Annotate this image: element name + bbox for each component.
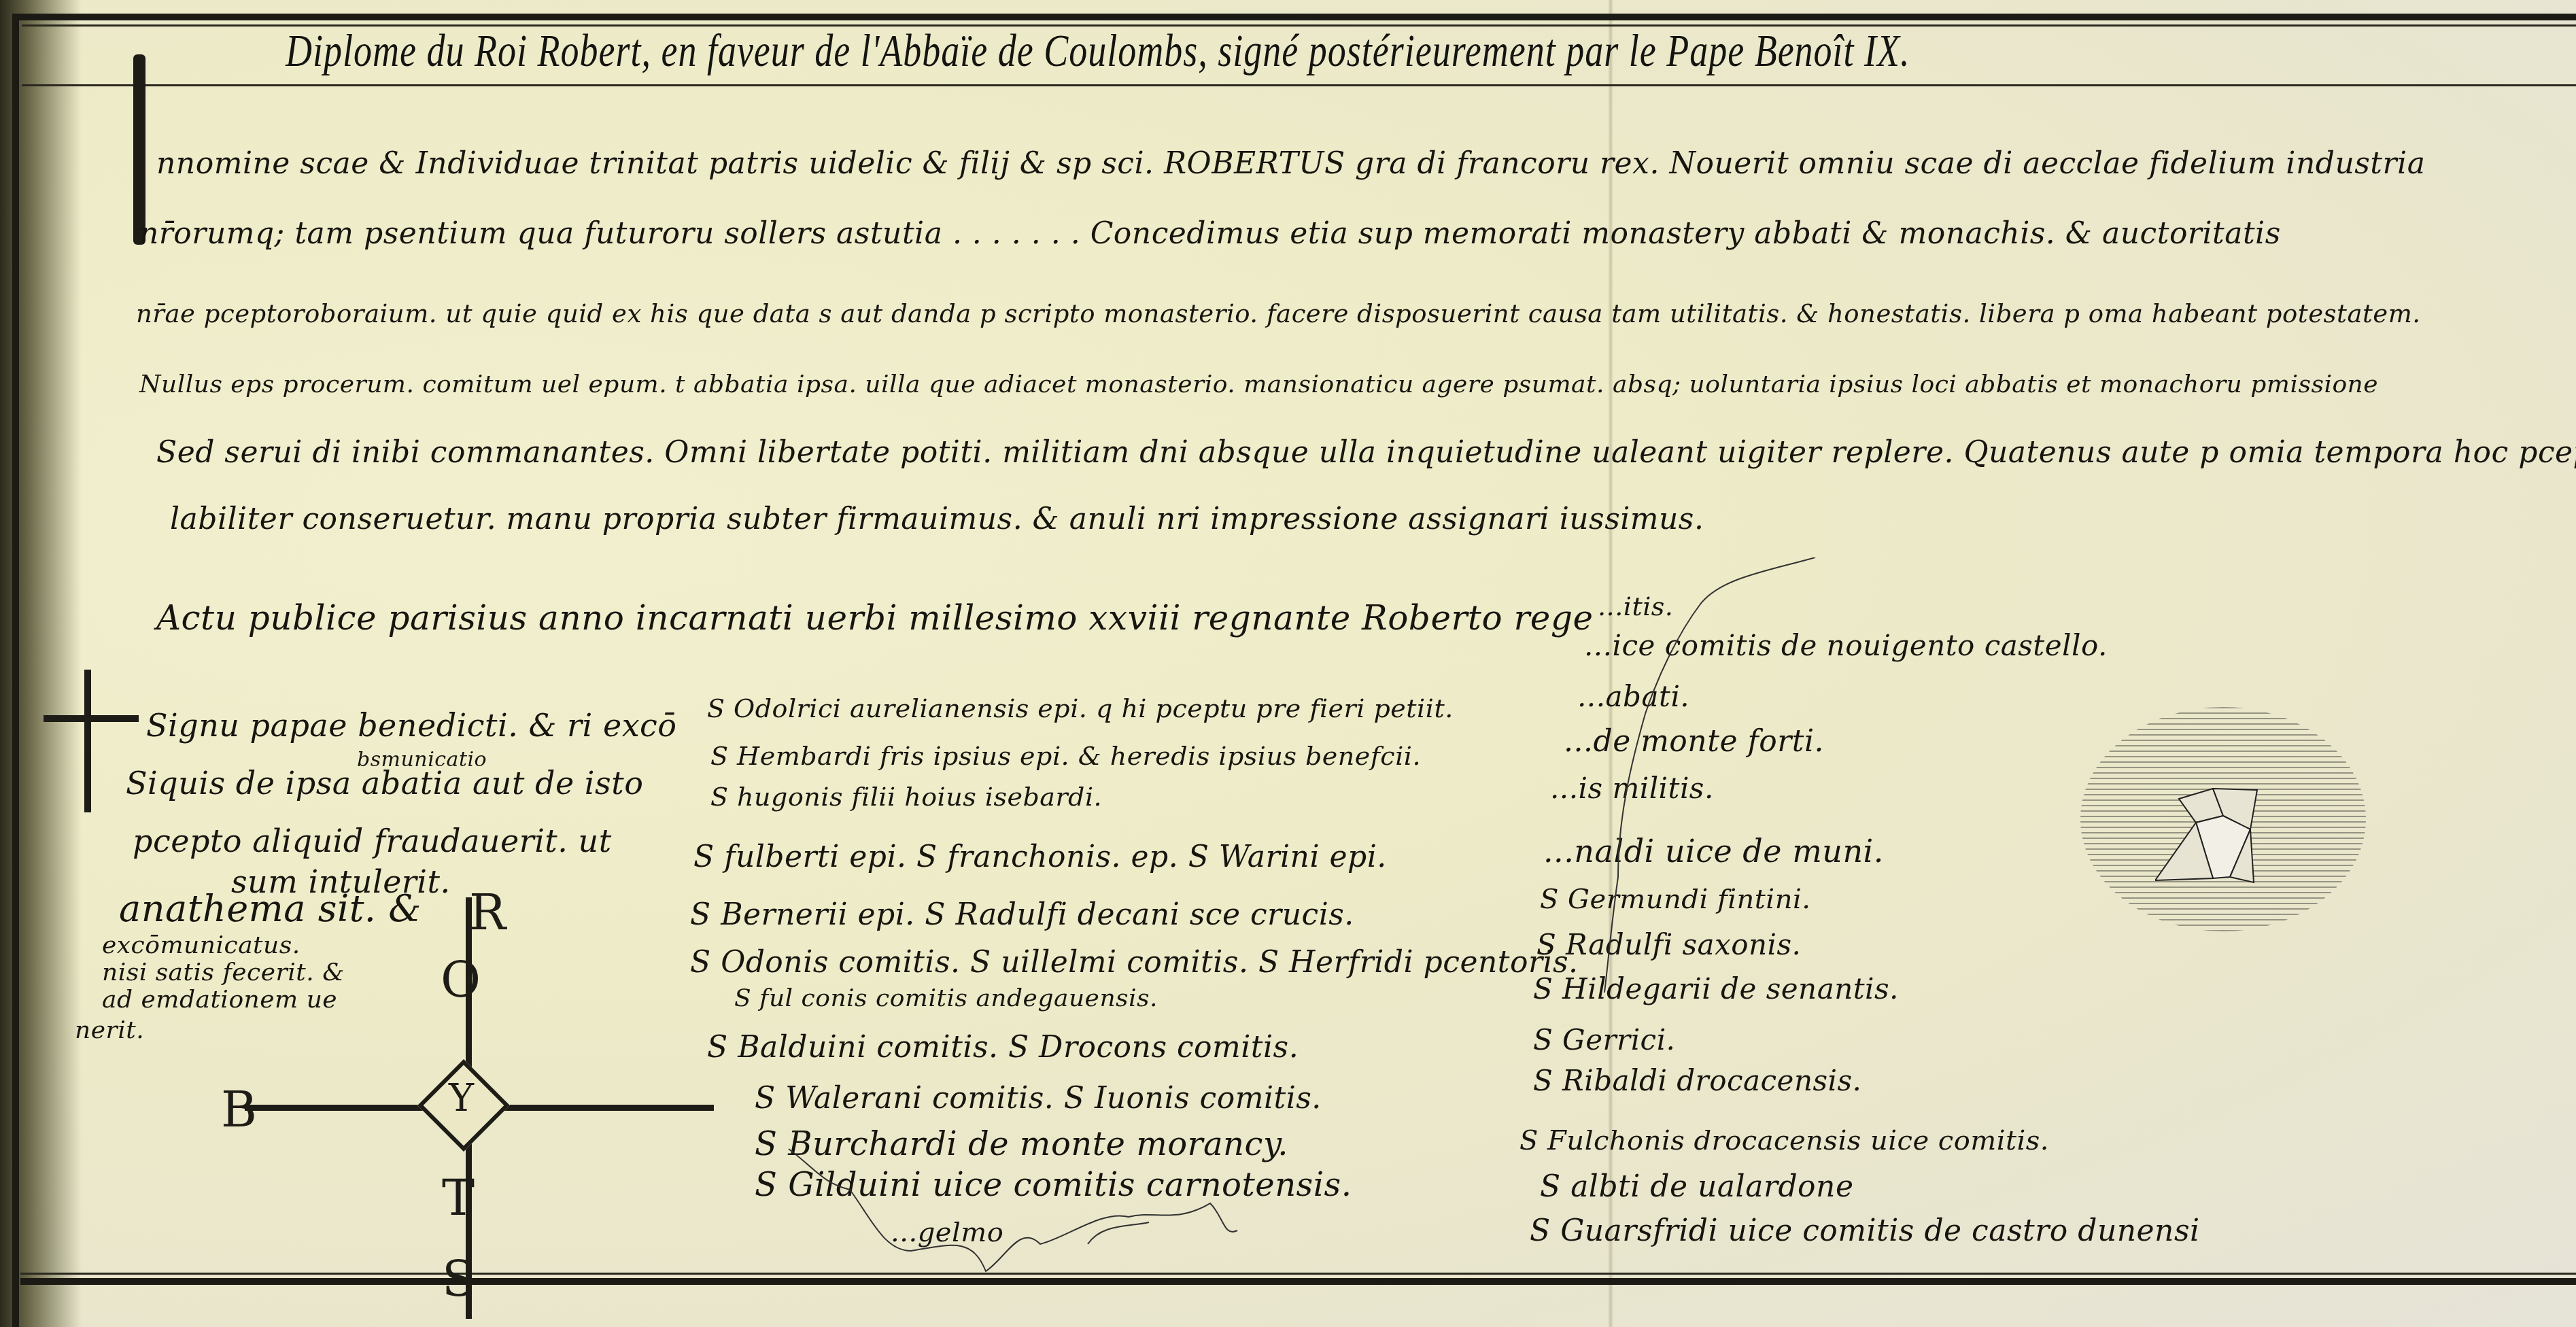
frame-border-top xyxy=(12,14,2576,20)
witness-right-14: S Guarsfridi uice comitis de castro dune… xyxy=(1530,1213,2200,1248)
dating-clause: Actu publice parisius anno incarnati uer… xyxy=(156,598,1594,638)
body-line-4: Nullus eps procerum. comitum uel epum. t… xyxy=(139,370,2378,398)
seal-impression xyxy=(2080,707,2366,931)
body-line-3: nr̄ae pceptoroboraium. ut quie quid ex h… xyxy=(136,299,2421,328)
damage-outline-lower xyxy=(748,1142,1333,1305)
monogram-letter-lower: T xyxy=(442,1169,475,1226)
witness-right-13: S albti de ualardone xyxy=(1540,1169,1853,1204)
frame-border-left xyxy=(12,14,19,1327)
body-line-6: labiliter conseruetur. manu propria subt… xyxy=(170,502,1704,536)
witness-right-10: S Gerrici. xyxy=(1533,1023,1675,1056)
papal-line-4: pcepto aliquid fraudauerit. ut xyxy=(133,823,612,859)
title-rule-bottom xyxy=(22,84,2576,86)
papal-cross-bar xyxy=(44,715,139,722)
papal-line-7: excōmunicatus. xyxy=(102,931,300,959)
witness-middle-1: S Odolrici aurelianensis epi. q hi pcept… xyxy=(707,693,1454,723)
body-line-5: Sed serui di inibi commanantes. Omni lib… xyxy=(156,435,2576,470)
charter-sheet: Diplome du Roi Robert, en faveur de l'Ab… xyxy=(0,0,2576,1327)
witness-middle-6: S Odonis comitis. S uillelmi comitis. S … xyxy=(690,945,1579,980)
witness-middle-8: S Balduini comitis. S Drocons comitis. xyxy=(707,1030,1299,1065)
monogram-center-letter: Y xyxy=(449,1076,474,1120)
monogram-letter-top: R xyxy=(469,884,506,941)
papal-line-1: Signu papae benedicti. & ri excō xyxy=(146,707,677,744)
witness-middle-2: S Hembardi fris ipsius epi. & heredis ip… xyxy=(710,741,1421,771)
witness-middle-7: S ful conis comitis andegauensis. xyxy=(734,984,1158,1012)
witness-right-12: S Fulchonis drocacensis uice comitis. xyxy=(1519,1125,2049,1156)
witness-right-11: S Ribaldi drocacensis. xyxy=(1533,1064,1861,1097)
witness-middle-3: S hugonis filii hoius isebardi. xyxy=(710,782,1102,812)
monogram-letter-upper: O xyxy=(441,952,481,1009)
seal-star-icon xyxy=(2155,775,2278,884)
monogram-letter-left: B xyxy=(221,1081,257,1138)
body-line-1: nnomine scae & Individuae trinitat patri… xyxy=(156,146,2425,181)
papal-line-6: anathema sit. & xyxy=(119,887,422,930)
document-title: Diplome du Roi Robert, en faveur de l'Ab… xyxy=(286,24,2121,77)
papal-line-8: nisi satis fecerit. & xyxy=(102,959,345,986)
papal-line-9: ad emdationem ue xyxy=(102,986,337,1014)
monogram-letter-bottom: S xyxy=(442,1251,475,1308)
papal-cross-icon xyxy=(84,670,91,812)
witness-middle-5: S Bernerii epi. S Radulfi decani sce cru… xyxy=(690,897,1354,932)
body-line-2: nr̄orumq; tam psentium qua futuroru soll… xyxy=(139,216,2281,251)
witness-middle-4: S fulberti epi. S franchonis. ep. S Wari… xyxy=(693,840,1387,874)
papal-line-3: Siquis de ipsa abatia aut de isto xyxy=(126,765,643,802)
papal-line-10: nerit. xyxy=(75,1016,144,1044)
witness-middle-9: S Walerani comitis. S Iuonis comitis. xyxy=(755,1081,1322,1116)
damage-outline-right xyxy=(1543,557,1829,999)
